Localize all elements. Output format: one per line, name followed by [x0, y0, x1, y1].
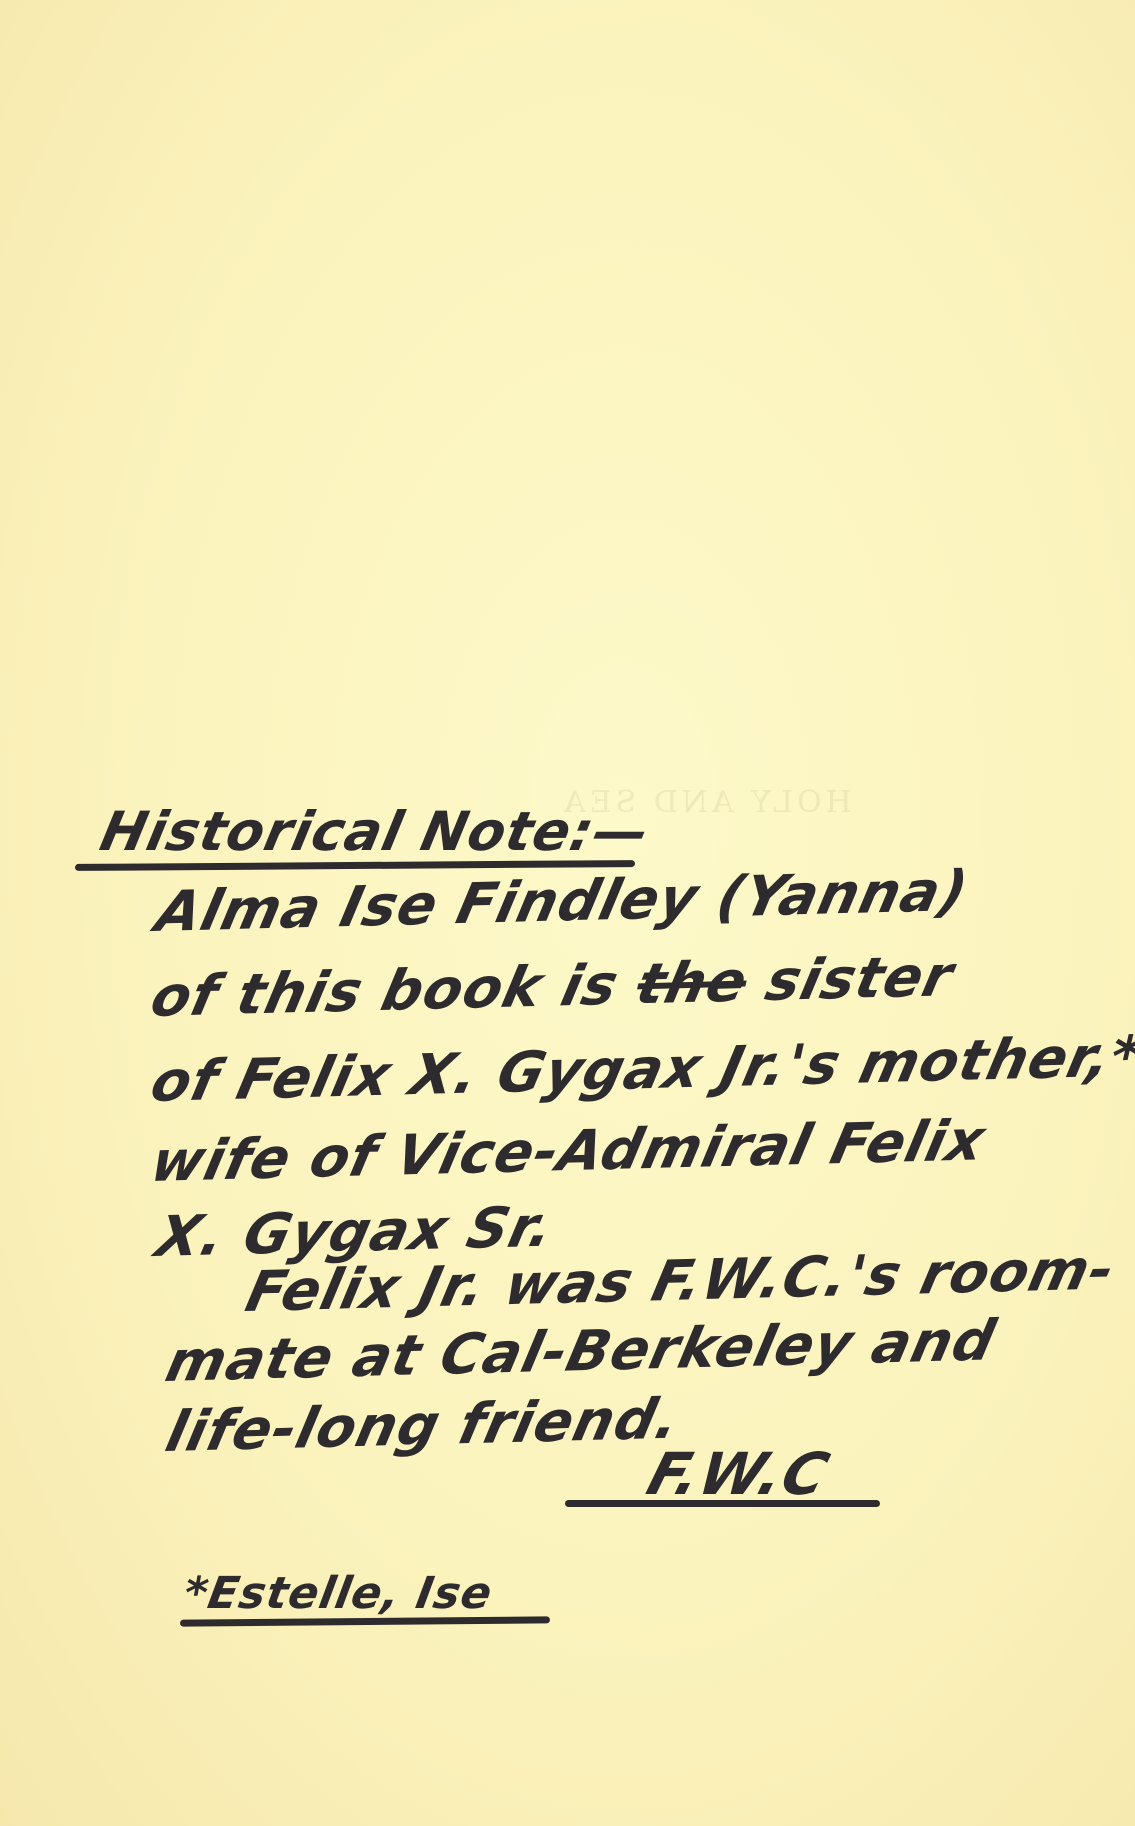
struck-word: the	[631, 950, 754, 1018]
note-line-4: wife of Vice-Admiral Felix	[145, 1108, 991, 1195]
signature: F.W.C	[640, 1440, 837, 1508]
note-line-8: life-long friend.	[160, 1387, 686, 1465]
note-line-2: of this book is the sister	[145, 944, 960, 1030]
handwritten-note-page: HOLY AND SEA Historical Note:— Alma Ise …	[0, 0, 1135, 1826]
footnote: *Estelle, Ise	[180, 1568, 497, 1619]
note-line-3: of Felix X. Gygax Jr.'s mother,*	[145, 1024, 1135, 1115]
note-line-2-start: of this book is	[145, 952, 645, 1030]
note-line-2-end: sister	[739, 944, 959, 1014]
signature-underline	[565, 1500, 880, 1507]
note-line-1: Alma Ise Findley (Yanna)	[150, 859, 974, 945]
note-heading: Historical Note:—	[95, 800, 655, 863]
